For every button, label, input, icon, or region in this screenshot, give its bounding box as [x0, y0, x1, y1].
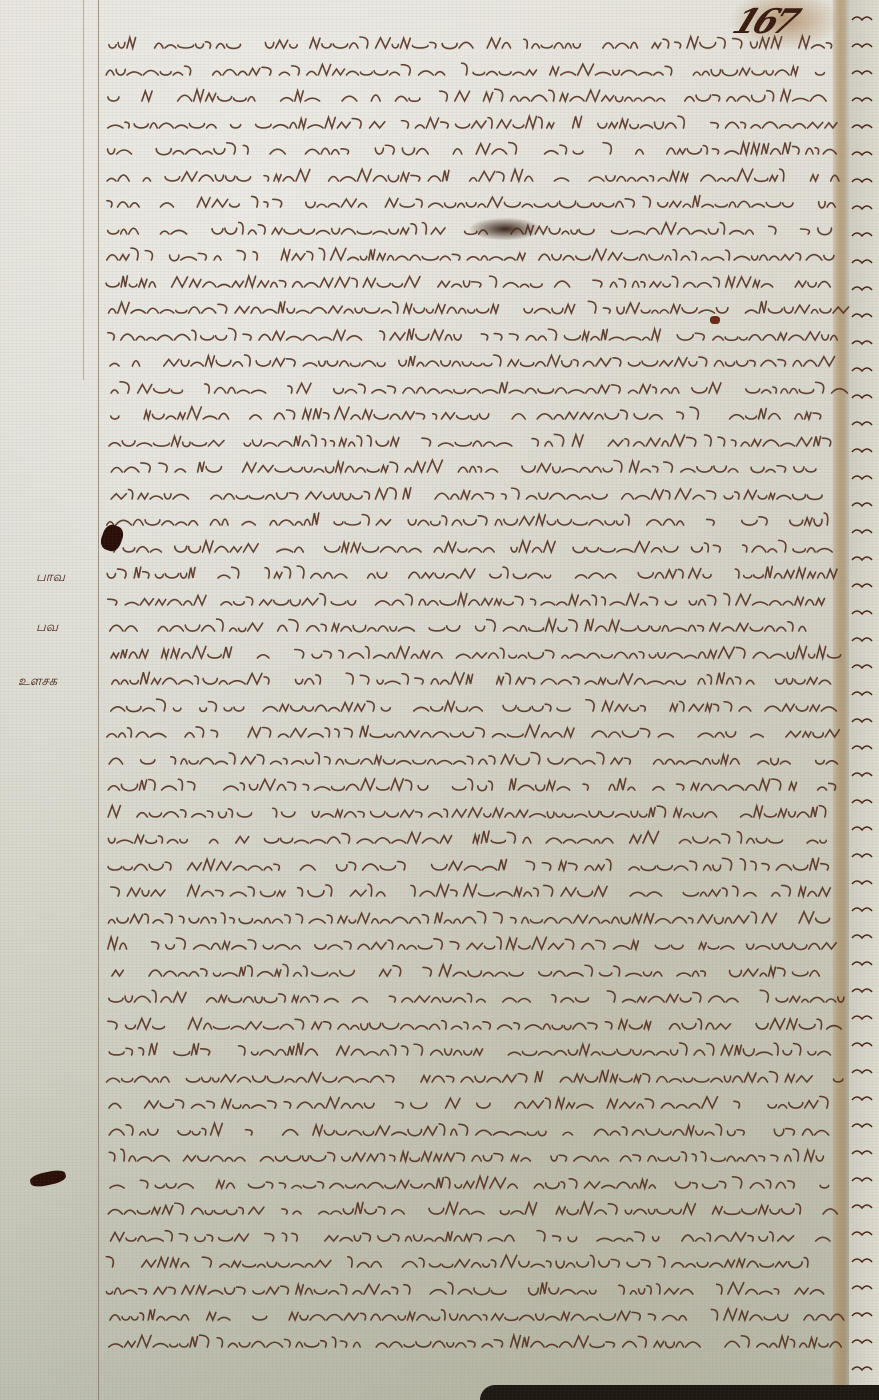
handwritten-line — [107, 513, 828, 526]
adjacent-page-text — [852, 1286, 872, 1289]
handwritten-line — [108, 937, 836, 949]
ink-dot — [710, 316, 720, 324]
handwritten-line — [110, 1309, 844, 1321]
margin-note: பவ — [36, 620, 58, 636]
adjacent-page-text — [852, 1313, 872, 1316]
handwritten-line — [108, 858, 828, 871]
adjacent-page-text — [852, 584, 872, 587]
handwritten-line — [108, 222, 832, 234]
handwritten-line — [109, 434, 831, 446]
adjacent-page-text — [852, 989, 872, 992]
handwritten-line — [107, 248, 834, 261]
adjacent-page-text — [852, 827, 872, 830]
handwritten-line — [109, 301, 849, 314]
handwritten-line — [108, 143, 837, 155]
manuscript-page: 167 பாவ பவ உளசக — [0, 0, 879, 1400]
handwritten-line — [109, 1149, 823, 1161]
adjacent-page-text — [852, 1097, 872, 1100]
handwritten-line — [111, 699, 837, 711]
handwritten-line — [106, 63, 824, 76]
handwritten-line — [108, 1018, 842, 1030]
handwritten-line — [108, 778, 835, 790]
handwritten-line — [106, 1255, 808, 1268]
adjacent-page-text — [852, 557, 872, 560]
adjacent-page-text — [852, 503, 872, 506]
handwritten-line — [112, 964, 819, 976]
handwritten-line — [110, 355, 834, 367]
adjacent-page-text — [852, 125, 872, 128]
handwritten-line — [108, 328, 838, 340]
adjacent-page-text — [852, 1205, 872, 1208]
adjacent-page-text — [852, 1043, 872, 1046]
handwritten-line — [109, 1043, 830, 1056]
handwritten-line — [111, 884, 831, 896]
adjacent-page-text — [852, 206, 872, 209]
adjacent-page-text — [852, 44, 872, 47]
page-shadow — [480, 1385, 879, 1400]
handwritten-line — [111, 382, 847, 394]
handwritten-line — [108, 1202, 837, 1214]
adjacent-page-text — [852, 1124, 872, 1127]
handwritten-line — [111, 1231, 830, 1242]
handwritten-line — [108, 116, 837, 129]
adjacent-page-text — [852, 1070, 872, 1073]
handwritten-line — [107, 566, 837, 578]
adjacent-page-text — [852, 692, 872, 695]
adjacent-page-text — [852, 1151, 872, 1154]
adjacent-page-text — [852, 530, 872, 533]
adjacent-page-text — [852, 1259, 872, 1262]
handwritten-line — [107, 169, 839, 182]
adjacent-page-text — [852, 962, 872, 965]
handwritten-line — [108, 912, 829, 924]
adjacent-page-text — [852, 881, 872, 884]
adjacent-page-text — [852, 1178, 872, 1181]
adjacent-page-text — [852, 314, 872, 317]
adjacent-page-text — [852, 773, 872, 776]
adjacent-page-text — [852, 17, 872, 20]
adjacent-page-text — [852, 1016, 872, 1019]
adjacent-page-text — [852, 152, 872, 155]
adjacent-page-text — [852, 1340, 872, 1343]
adjacent-page-text — [852, 449, 872, 452]
handwritten-line — [107, 1070, 843, 1082]
handwritten-line — [108, 806, 826, 818]
adjacent-page-text — [852, 476, 872, 479]
handwritten-line — [108, 831, 826, 843]
margin-note: உளசக — [18, 674, 57, 690]
handwritten-line — [107, 540, 833, 552]
adjacent-page-text — [852, 746, 872, 749]
adjacent-page-text — [852, 287, 872, 290]
adjacent-page-text — [852, 719, 872, 722]
handwritten-line — [110, 619, 806, 632]
handwriting-lines — [0, 0, 879, 1400]
adjacent-page-text — [852, 368, 872, 371]
adjacent-page-text — [852, 665, 872, 668]
handwritten-line — [110, 1177, 829, 1189]
handwritten-line — [109, 753, 837, 765]
adjacent-page-text — [852, 233, 872, 236]
adjacent-page-text — [852, 611, 872, 614]
handwritten-line — [109, 1096, 828, 1108]
handwritten-line — [112, 672, 831, 684]
adjacent-page-text — [852, 422, 872, 425]
handwritten-line — [108, 89, 826, 102]
adjacent-page-text — [852, 638, 872, 641]
adjacent-page-text — [852, 341, 872, 344]
adjacent-page-text — [852, 1367, 872, 1370]
handwritten-line — [111, 407, 821, 420]
handwritten-line — [109, 1335, 842, 1347]
handwritten-line — [111, 488, 822, 500]
handwritten-line — [106, 276, 830, 288]
handwritten-line — [107, 725, 839, 737]
adjacent-page-text — [852, 71, 872, 74]
adjacent-page-text — [852, 98, 872, 101]
adjacent-page-text — [852, 260, 872, 263]
handwritten-line — [109, 36, 832, 48]
adjacent-page-text — [852, 800, 872, 803]
adjacent-page-text — [852, 854, 872, 857]
handwritten-line — [106, 1282, 823, 1294]
adjacent-page-text — [852, 179, 872, 182]
handwritten-line — [109, 1123, 828, 1135]
handwritten-line — [109, 990, 844, 1003]
adjacent-page-text — [852, 935, 872, 938]
handwritten-line — [108, 594, 825, 606]
handwritten-line — [111, 460, 816, 473]
adjacent-page-text — [852, 908, 872, 911]
adjacent-page-text — [852, 395, 872, 398]
handwritten-line — [107, 196, 835, 208]
margin-note: பாவ — [36, 570, 65, 586]
adjacent-page-text — [852, 1232, 872, 1235]
handwritten-line — [111, 646, 841, 659]
